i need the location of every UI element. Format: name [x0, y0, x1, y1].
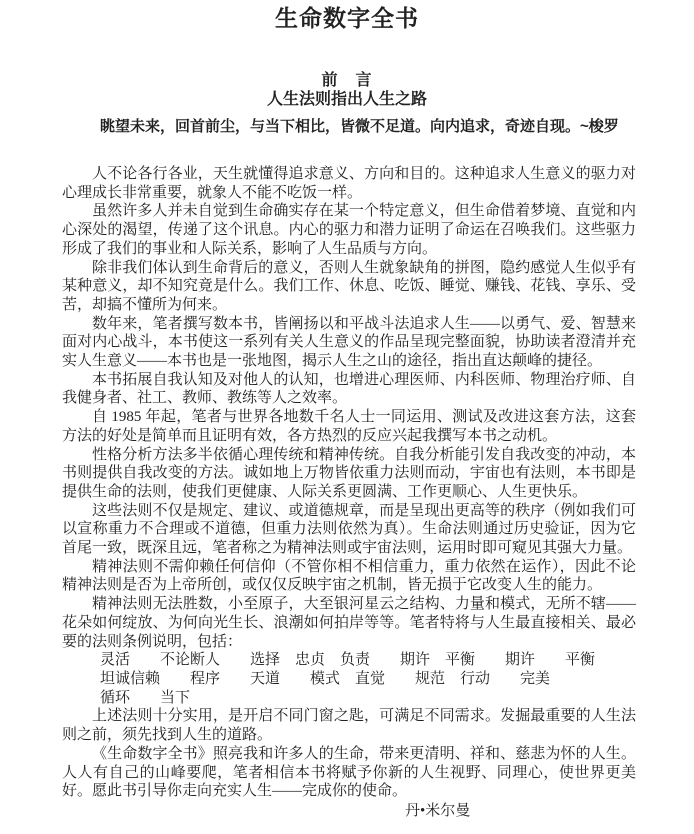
body-paragraph: 这些法则不仅是规定、建议、或道德规章，而是呈现出更高等的秩序（例如我们可以宣称重…: [62, 502, 636, 558]
body-paragraph: 《生命数字全书》照亮我和许多人的生命，带来更清明、祥和、慈悲为怀的人生。人人有自…: [62, 745, 636, 801]
body-paragraph: 上述法则十分实用，是开启不同门窗之匙，可满足不同需求。发掘最重要的人生法则之前，…: [62, 707, 636, 744]
closing-paragraphs: 上述法则十分实用，是开启不同门窗之匙，可满足不同需求。发掘最重要的人生法则之前，…: [62, 707, 636, 801]
body-paragraphs: 人不论各行各业，天生就懂得追求意义、方向和目的。这种追求人生意义的驱力对心理成长…: [62, 165, 636, 651]
body-paragraph: 自 1985 年起，笔者与世界各地数千名人士一同运用、测试及改进这套方法，这套方…: [62, 408, 636, 445]
book-title: 生命数字全书: [0, 0, 694, 35]
law-list-line: 灵活 不论断人 选择 忠贞 负责 期许 平衡 期许 平衡: [62, 651, 636, 670]
body-paragraph: 虽然许多人并未自觉到生命确实存在某一个特定意义，但生命借着梦境、直觉和内心深处的…: [62, 202, 636, 258]
body-paragraph: 人不论各行各业，天生就懂得追求意义、方向和目的。这种追求人生意义的驱力对心理成长…: [62, 165, 636, 202]
law-list: 灵活 不论断人 选择 忠贞 负责 期许 平衡 期许 平衡坦诚信赖 程序 天道 模…: [62, 651, 636, 707]
document-page: 生命数字全书 前 言 人生法则指出人生之路 眺望未来，回首前尘，与当下相比，皆微…: [0, 0, 694, 834]
preface-subheading: 人生法则指出人生之路: [0, 90, 694, 109]
body-paragraph: 除非我们体认到生命背后的意义，否则人生就象缺角的拼图，隐约感觉人生似乎有某种意义…: [62, 259, 636, 315]
preface-heading: 前 言: [0, 71, 694, 90]
epigraph-quote: 眺望未来，回首前尘，与当下相比，皆微不足道。向内追求，奇迹自现。~梭罗: [0, 117, 694, 136]
preface-body: 人不论各行各业，天生就懂得追求意义、方向和目的。这种追求人生意义的驱力对心理成长…: [0, 165, 694, 821]
law-list-line: 循环 当下: [62, 689, 636, 708]
body-paragraph: 精神法则无法胜数，小至原子，大至银河星云之结构、力量和模式，无所不辖——花朵如何…: [62, 595, 636, 651]
body-paragraph: 数年来，笔者撰写数本书，皆阐扬以和平战斗法追求人生——以勇气、爱、智慧来面对内心…: [62, 315, 636, 371]
body-paragraph: 本书拓展自我认知及对他人的认知，也增进心理医师、内科医师、物理治疗师、自我健身者…: [62, 371, 636, 408]
body-paragraph: 精神法则不需仰赖任何信仰（不管你相不相信重力，重力依然在运作），因此不论精神法则…: [62, 558, 636, 595]
author-signature: 丹•米尔曼: [62, 802, 636, 821]
law-list-line: 坦诚信赖 程序 天道 模式 直觉 规范 行动 完美: [62, 670, 636, 689]
body-paragraph: 性格分析方法多半依循心理传统和精神传统。自我分析能引发自我改变的冲动，本书则提供…: [62, 446, 636, 502]
